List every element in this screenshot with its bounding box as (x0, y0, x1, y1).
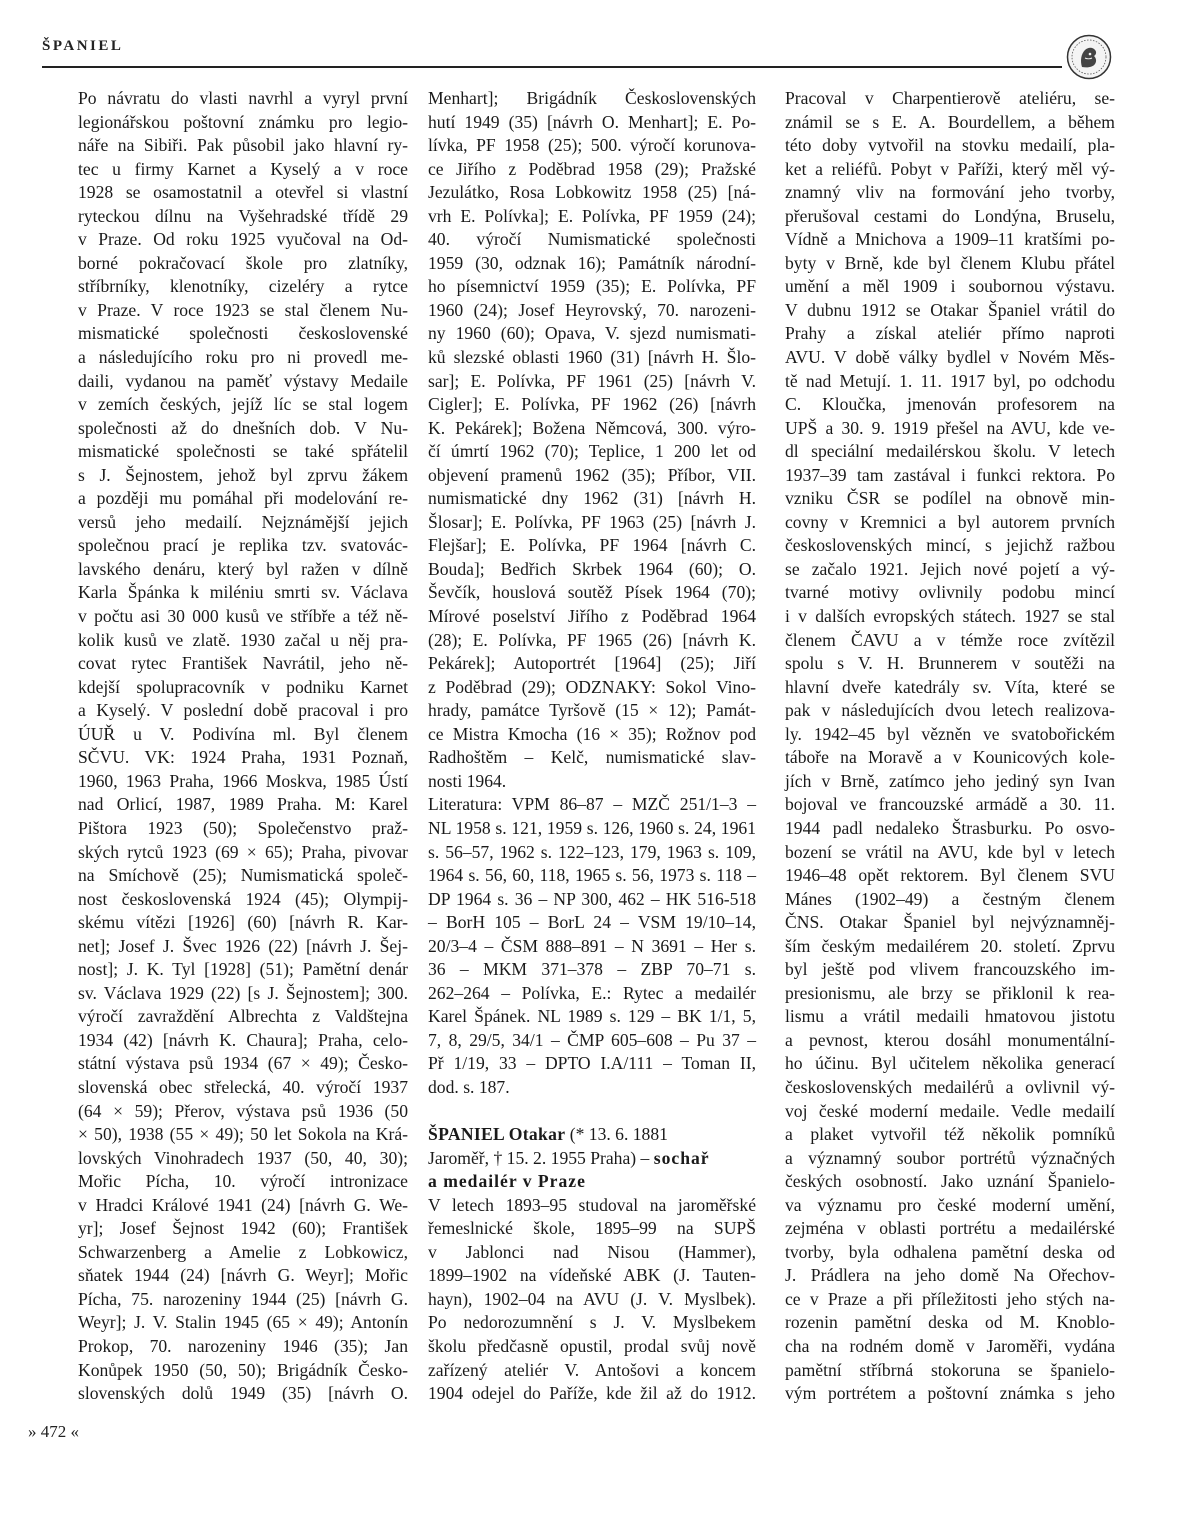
text-line: Po nedorozumnění s J. V. Myslbekem (428, 1311, 756, 1335)
text-line: a pevnost, kterou dosáhl monumentální- (785, 1029, 1115, 1053)
text-line: tvarné motivy ovlivnily podobu mincí (785, 581, 1115, 605)
page-number: » 472 « (28, 1422, 79, 1442)
text-line: Schwarzenberg a Amelie z Lobkowicz, (78, 1241, 408, 1265)
text-line: ším českým medailérem 20. století. Zprvu (785, 935, 1115, 959)
text-line: cha na rodném domě v Jaroměři, vydána (785, 1335, 1115, 1359)
text-line: K. Pekárek]; Božena Němcová, 300. výro- (428, 417, 756, 441)
text-line: Weyr]; J. V. Stalin 1945 (65 × 49); Anto… (78, 1311, 408, 1335)
text-line: yr]; Josef Šejnost 1942 (60); František (78, 1217, 408, 1241)
text-line: covat rytec František Navrátil, jeho ně- (78, 652, 408, 676)
text-line: výročí zavraždění Albrechta z Valdštejna (78, 1005, 408, 1029)
entry-heading: ŠPANIEL Otakar (* 13. 6. 1881 Jaroměř, †… (428, 1123, 756, 1194)
text-line: byty v Brně, kde byl členem Klubu přátel (785, 252, 1115, 276)
text-line: se začalo 1921. Jejich nové pojetí a vý- (785, 558, 1115, 582)
text-column-2: Menhart]; Brigádník Československýchhutí… (428, 87, 756, 1406)
text-line: ských rytců 1923 (69 × 65); Praha, pivov… (78, 841, 408, 865)
text-line: přerušoval cestami do Londýna, Bruselu, (785, 205, 1115, 229)
text-line: mismatické společnosti československé (78, 322, 408, 346)
text-line: 1960, 1963 Praha, 1966 Moskva, 1985 Ústí (78, 770, 408, 794)
text-line: (28); E. Polívka, PF 1965 (26) [návrh K. (428, 629, 756, 653)
text-line: slovenských dolů 1949 (35) [návrh O. (78, 1382, 408, 1406)
text-line: lismu a vrátil medaili hmatovou jistotu (785, 1005, 1115, 1029)
text-line: byl ještě pod vlivem francouzského im- (785, 958, 1115, 982)
text-line: dod. s. 187. (428, 1076, 756, 1100)
text-line: presionismu, ale brzy se přiklonil k rea… (785, 982, 1115, 1006)
text-line: ho účinu. Byl učitelem několika generací (785, 1052, 1115, 1076)
text-line: ket a reliéfů. Pobyt v Paříži, který měl… (785, 158, 1115, 182)
text-line: Prahy a získal ateliér přímo naproti (785, 322, 1115, 346)
text-line: s. 56–57, 1962 s. 122–123, 179, 1963 s. … (428, 841, 756, 865)
text-line: Pekárek]; Autoportrét [1964] (25); Jiří (428, 652, 756, 676)
text-line: ryteckou dílnu na Vyšehradské třídě 29 (78, 205, 408, 229)
text-line: 1946–48 opět rektorem. Byl členem SVU (785, 864, 1115, 888)
text-line: školu předčasně opustil, prodal svůj nov… (428, 1335, 756, 1359)
text-line: skému vítězi [1926] (60) [návrh R. Kar- (78, 911, 408, 935)
text-line: v Praze. V roce 1923 se stal členem Nu- (78, 299, 408, 323)
text-line: československých mincí, s jejichž ražbou (785, 534, 1115, 558)
text-line: tě nad Metují. 1. 11. 1917 byl, po odcho… (785, 370, 1115, 394)
text-line: a Kyselý. V poslední době pracoval i pro (78, 699, 408, 723)
text-line: 1959 (30, odznak 16); Památník národní- (428, 252, 756, 276)
text-line: 1934 (42) [návrh K. Chaura]; Praha, celo… (78, 1029, 408, 1053)
text-line: ce Mistra Kmocha (16 × 35); Rožnov pod (428, 723, 756, 747)
text-line: státní výstava psů 1934 (67 × 49); Česko… (78, 1052, 408, 1076)
text-line: sv. Václava 1929 (22) [s J. Šejnostem]; … (78, 982, 408, 1006)
text-line: vrh E. Polívka]; E. Polívka, PF 1959 (24… (428, 205, 756, 229)
text-line: řemeslnické škole, 1895–99 na SUPŠ (428, 1217, 756, 1241)
text-line: sňatek 1944 (24) [návrh G. Weyr]; Mořic (78, 1264, 408, 1288)
text-line: Mořic Pícha, 10. výročí intronizace (78, 1170, 408, 1194)
text-line: Bouda]; Bedřich Skrbek 1964 (60); O. (428, 558, 756, 582)
text-line: znamný vliv na formování jeho tvorby, (785, 181, 1115, 205)
text-line: net]; Josef J. Švec 1926 (22) [návrh J. … (78, 935, 408, 959)
text-line: 40. výročí Numismatické společnosti (428, 228, 756, 252)
text-line: členem ČAVU a v témže roce zvítězil (785, 629, 1115, 653)
text-line: numismatické dny 1962 (31) [návrh H. (428, 487, 756, 511)
text-line: slovenská obec střelecká, 40. výročí 193… (78, 1076, 408, 1100)
text-line: Karel Špánek. NL 1989 s. 129 – BK 1/1, 5… (428, 1005, 756, 1029)
text-line: stříbrníky, klenotníky, cizeléry a rytce (78, 275, 408, 299)
text-line: mismatické společnosti se také spřátelil (78, 440, 408, 464)
text-line: nad Orlicí, 1987, 1989 Praha. M: Karel (78, 793, 408, 817)
entry-biography: V letech 1893–95 studoval na jaroměřskéř… (428, 1194, 756, 1406)
text-line: lívka, PF 1958 (25); 500. výročí korunov… (428, 134, 756, 158)
text-line: ce Jiřího z Poděbrad 1958 (29); Pražské (428, 158, 756, 182)
text-line: DP 1964 s. 36 – NP 300, 462 – HK 516-518 (428, 888, 756, 912)
text-line: UPŠ a 30. 9. 1919 přešel na AVU, kde ve- (785, 417, 1115, 441)
text-line: legionářskou poštovní známku pro legio- (78, 111, 408, 135)
text-line: ÚUŘ u V. Podivína ml. Byl členem (78, 723, 408, 747)
text-line: ho písemnictví 1959 (35); E. Polívka, PF (428, 275, 756, 299)
text-line: Konůpek 1950 (50, 50); Brigádník Česko- (78, 1359, 408, 1383)
entry-name: ŠPANIEL Otakar (428, 1124, 565, 1144)
text-line: hayn), 1902–04 na AVU (J. V. Myslbek). (428, 1288, 756, 1312)
text-line: nost]; J. K. Tyl [1928] (51); Pamětní de… (78, 958, 408, 982)
text-line: 1899–1902 na vídeňské ABK (J. Tauten- (428, 1264, 756, 1288)
text-line: ny 1960 (60); Opava, V. sjezd numismati- (428, 322, 756, 346)
text-line: a později mu pomáhal při modelování re- (78, 487, 408, 511)
text-line: covny v Kremnici a byl autorem prvních (785, 511, 1115, 535)
text-line: tvorby, byla odhalena pamětní deska od (785, 1241, 1115, 1265)
text-column-3: Pracoval v Charpentierově ateliéru, se-z… (785, 87, 1115, 1406)
text-line: sar]; E. Polívka, PF 1961 (25) [návrh V. (428, 370, 756, 394)
text-line: versů jeho medailí. Nejznámější jejich (78, 511, 408, 535)
text-line: Karla Špánka k miléniu smrti sv. Václava (78, 581, 408, 605)
text-line: rozenin pamětní deska od M. Knoblo- (785, 1311, 1115, 1335)
text-line: vým portrétem a poštovní známka s jeho (785, 1382, 1115, 1406)
text-line: 1944 padl nedaleko Štrasburku. Po osvo- (785, 817, 1115, 841)
medal-portrait-logo-icon (1066, 34, 1112, 80)
text-line: Menhart]; Brigádník Československých (428, 87, 756, 111)
text-line: (64 × 59); Přerov, výstava psů 1936 (50 (78, 1100, 408, 1124)
text-line: NL 1958 s. 121, 1959 s. 126, 1960 s. 24,… (428, 817, 756, 841)
text-line: – BorH 105 – BorL 24 – VSM 19/10–14, (428, 911, 756, 935)
medal-list-continuation: Menhart]; Brigádník Československýchhutí… (428, 87, 756, 793)
text-line: jích v Brně, zatímco jeho jediný syn Iva… (785, 770, 1115, 794)
header-rule (42, 66, 1062, 68)
text-line: SČVU. VK: 1924 Praha, 1931 Poznaň, (78, 746, 408, 770)
text-line: va významu pro české moderní umění, (785, 1194, 1115, 1218)
text-line: umění a měl 1909 i soubornou výstavu. (785, 275, 1115, 299)
text-line: objevení pramenů 1962 (35); Příbor, VII. (428, 464, 756, 488)
text-column-1: Po návratu do vlasti navrhl a vyryl prvn… (78, 87, 408, 1406)
running-head: ŠPANIEL (42, 38, 123, 55)
text-line: na Smíchově (25); Numismatická společ- (78, 864, 408, 888)
text-line: hrady, památce Tyršově (15 × 12); Památ- (428, 699, 756, 723)
text-line: lavského denáru, který byl ražen v dílně (78, 558, 408, 582)
text-line: Pícha, 75. narozeniny 1944 (25) [návrh G… (78, 1288, 408, 1312)
text-line: Prokop, 70. narozeniny 1946 (35); Jan (78, 1335, 408, 1359)
text-line: Šlosar]; E. Polívka, PF 1963 (25) [návrh… (428, 511, 756, 535)
text-line: a následujícího roku pro ni provedl me- (78, 346, 408, 370)
text-line: Ševčík, houslová soutěž Písek 1964 (70); (428, 581, 756, 605)
entry-role-continued: a medailér v Praze (428, 1171, 586, 1191)
text-line: 20/3–4 – ČSM 888–891 – N 3691 – Her s. (428, 935, 756, 959)
text-line: i v dalších evropských státech. 1927 se … (785, 605, 1115, 629)
text-line: hutí 1949 (35) [návrh O. Menhart]; E. Po… (428, 111, 756, 135)
text-line: Po návratu do vlasti navrhl a vyryl prvn… (78, 87, 408, 111)
text-line: Pracoval v Charpentierově ateliéru, se- (785, 87, 1115, 111)
text-line: náře na Sibiři. Pak působil jako hlavní … (78, 134, 408, 158)
entry-birth: (* 13. 6. 1881 (570, 1124, 668, 1144)
text-line: daili, vydanou na paměť výstavy Medaile (78, 370, 408, 394)
entry-role: sochař (654, 1148, 710, 1168)
text-line: ČNS. Otakar Španiel byl nejvýznamněj- (785, 911, 1115, 935)
literature-block: Literatura: VPM 86–87 – MZČ 251/1–3 –NL … (428, 793, 756, 1099)
text-line: hlavní dveře katedrály sv. Víta, které s… (785, 676, 1115, 700)
text-line: 1937–39 tam zastával i funkci rektora. P… (785, 464, 1115, 488)
entry-spacer (428, 1100, 756, 1124)
text-line: táboře na Moravě a v Kounicových kole- (785, 746, 1115, 770)
text-line: V letech 1893–95 studoval na jaroměřské (428, 1194, 756, 1218)
text-line: v Jablonci nad Nisou (Hammer), (428, 1241, 756, 1265)
text-line: vzniku ČSR se podílel na obnově min- (785, 487, 1115, 511)
text-line: této doby vytvořil na stovku medailí, pl… (785, 134, 1115, 158)
text-line: AVU. V době války bydlel v Novém Měs- (785, 346, 1115, 370)
text-line: 1904 odejel do Paříže, kde žil až do 191… (428, 1382, 756, 1406)
text-line: J. Prádlera na jeho domě Na Ořechov- (785, 1264, 1115, 1288)
text-line: bojoval ve francouzské armádě a 30. 11. (785, 793, 1115, 817)
text-line: voj české moderní medaile. Vedle medailí (785, 1100, 1115, 1124)
text-line: zejména v oblasti portrétu a medailérské (785, 1217, 1115, 1241)
text-line: Radhoštěm – Kelč, numismatické slav- (428, 746, 756, 770)
text-line: lovských Vinohradech 1937 (50, 40, 30); (78, 1147, 408, 1171)
text-line: spolu s V. H. Brunnerem v soutěži na (785, 652, 1115, 676)
text-line: známil se s E. A. Bourdellem, a během (785, 111, 1115, 135)
text-line: pak v následujících dvou letech realizov… (785, 699, 1115, 723)
text-line: Cigler]; E. Polívka, PF 1962 (26) [návrh (428, 393, 756, 417)
text-line: pamětní stříbrná stokoruna se španielo- (785, 1359, 1115, 1383)
text-line: Pištora 1923 (50); Společenstvo praž- (78, 817, 408, 841)
text-line: × 50), 1938 (55 × 49); 50 let Sokola na … (78, 1123, 408, 1147)
text-line: z Poděbrad (29); ODZNAKY: Sokol Vino- (428, 676, 756, 700)
text-line: 1964 s. 56, 60, 118, 1965 s. 56, 1973 s.… (428, 864, 756, 888)
text-line: s J. Šejnostem, jehož byl zprvu žákem (78, 464, 408, 488)
text-line: Př 1/19, 33 – DPTO I.A/111 – Toman II, (428, 1052, 756, 1076)
text-line: nosti 1964. (428, 770, 756, 794)
text-line: 1928 se osamostatnil a otevřel si vlastn… (78, 181, 408, 205)
text-line: kolik kusů ve zlatě. 1930 začal u něj pr… (78, 629, 408, 653)
text-line: ků slezské oblasti 1960 (31) [návrh H. Š… (428, 346, 756, 370)
text-line: českých osobností. Jako uznání Španielo- (785, 1170, 1115, 1194)
text-line: ly. 1942–45 byl vězněn ve svatobořickém (785, 723, 1115, 747)
text-line: Mánes (1902–49) a čestným členem (785, 888, 1115, 912)
text-line: Vídně a Mnichova a 1909–11 kratšími po- (785, 228, 1115, 252)
text-line: čí úmrtí 1962 (70); Teplice, 1 200 let o… (428, 440, 756, 464)
text-line: v Praze. Od roku 1925 vyučoval na Od- (78, 228, 408, 252)
text-line: kdejší spolupracovník v podniku Karnet (78, 676, 408, 700)
text-line: společnosti až do dnešních dob. V Nu- (78, 417, 408, 441)
text-line: 262–264 – Polívka, E.: Rytec a medailér (428, 982, 756, 1006)
text-line: v počtu asi 30 000 kusů ve stříbře a též… (78, 605, 408, 629)
text-line: Flejšar]; E. Polívka, PF 1964 [návrh C. (428, 534, 756, 558)
text-line: Mírové poselství Jiřího z Poděbrad 1964 (428, 605, 756, 629)
text-line: 7, 8, 29/5, 34/1 – ČMP 605–608 – Pu 37 – (428, 1029, 756, 1053)
text-line: nost československá 1924 (45); Olympij- (78, 888, 408, 912)
text-line: 36 – MKM 371–378 – ZBP 70–71 s. (428, 958, 756, 982)
text-line: tec u firmy Karnet a Kyselý a v roce (78, 158, 408, 182)
text-line: Jezulátko, Rosa Lobkowitz 1958 (25) [ná- (428, 181, 756, 205)
text-line: borné pokračovací škole pro zlatníky, (78, 252, 408, 276)
text-line: společnou prací je replika tzv. svatovác… (78, 534, 408, 558)
text-line: V dubnu 1912 se Otakar Španiel vrátil do (785, 299, 1115, 323)
text-line: zařízený ateliér V. Antošovi a koncem (428, 1359, 756, 1383)
text-line: dl speciální medailérskou školu. V letec… (785, 440, 1115, 464)
text-line: československých medailérů a ovlivnil vý… (785, 1076, 1115, 1100)
entry-death: Jaroměř, † 15. 2. 1955 Praha) – (428, 1148, 649, 1168)
text-line: a významný soubor portrétů význačných (785, 1147, 1115, 1171)
text-line: C. Kloučka, jmenován profesorem na (785, 393, 1115, 417)
text-line: ce v Praze a při příležitosti jeho stých… (785, 1288, 1115, 1312)
text-line: a plaket vytvořil též několik pomníků (785, 1123, 1115, 1147)
text-line: v Hradci Králové 1941 (24) [návrh G. We- (78, 1194, 408, 1218)
text-line: 1960 (24); Josef Heyrovský, 70. narozeni… (428, 299, 756, 323)
text-line: bození se vrátil na AVU, kde byl v letec… (785, 841, 1115, 865)
text-line: v zemích českých, jejíž líc se stal loge… (78, 393, 408, 417)
text-line: Literatura: VPM 86–87 – MZČ 251/1–3 – (428, 793, 756, 817)
